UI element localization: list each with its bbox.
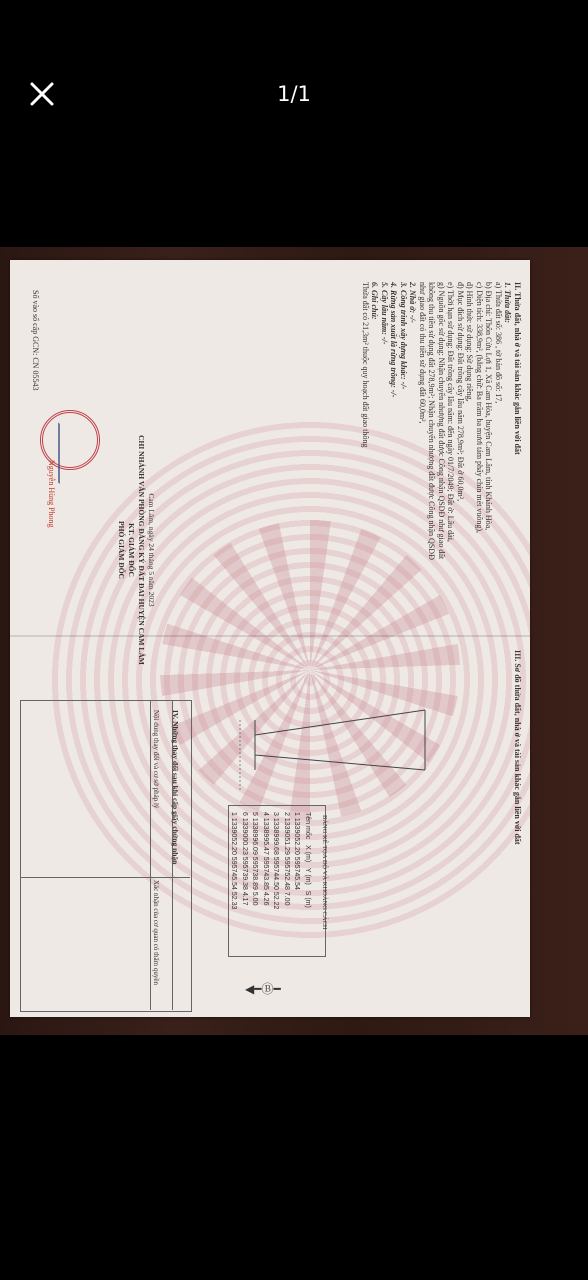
registry-number: Số vào sổ cấp GCN: CN 05543 xyxy=(31,290,40,390)
sign-role: KT. GIÁM ĐỐC xyxy=(126,420,136,680)
section-4-col-changes: Nội dung thay đổi và cơ sở pháp lý xyxy=(152,710,160,808)
land-line: đ) Mục đích sử dụng: Đất trồng cây lâu n… xyxy=(456,282,466,560)
item-line: 5. Cây lâu năm: -/- xyxy=(380,282,390,560)
sign-date: Cam Lâm, ngày 24 tháng 5 năm 2023 xyxy=(146,420,156,680)
table-row: 3 1338999.68 595744.50 52.22 xyxy=(270,812,281,909)
table-row: 6 1339000.23 595739.38 4.17 xyxy=(239,812,250,909)
section-4-divider xyxy=(150,700,151,1010)
section-4-table xyxy=(20,700,192,1012)
land-line: không thu tiền sử dụng đất 278,9m²; Nhận… xyxy=(427,282,437,560)
image-counter: 1/1 xyxy=(0,82,588,106)
coordinate-table-title: BẢNG KÊ TỌA ĐỘ VÀ KHOẢNG CÁCH xyxy=(321,815,328,930)
section-4-col-confirmation: Xác nhận của cơ quan có thẩm quyền xyxy=(152,880,160,985)
note-line: Thửa đất có 21,3m² thuộc quy hoạch đất g… xyxy=(361,282,371,560)
section-4-divider xyxy=(20,877,190,878)
section-2-subtitle: 1. Thửa đất: xyxy=(503,282,513,560)
land-line: b) Địa chỉ: Thôn Cửu Lợi 1, Xã Cam Hòa, … xyxy=(484,282,494,560)
sign-role: PHÓ GIÁM ĐỐC xyxy=(116,420,126,680)
table-row: Tên mốc X (m) Y (m) S (m) xyxy=(302,812,313,909)
table-row: 1 1339052.20 595745.54 xyxy=(291,812,302,909)
land-line: g) Nguồn gốc sử dụng: Nhận chuyển nhượng… xyxy=(437,282,447,560)
land-line: như giao đất có thu tiền sử dụng đất 60,… xyxy=(418,282,428,560)
section-4-title: IV. Những thay đổi sau khi cấp giấy chứn… xyxy=(171,710,180,864)
table-row: 1 1339052.20 595745.54 52.33 xyxy=(228,812,239,909)
land-line: e) Thời hạn sử dụng: Đất trồng cây lâu n… xyxy=(446,282,456,560)
section-3-title: III. Sơ đồ thửa đất, nhà ở và tài sản kh… xyxy=(513,650,522,845)
item-line: 3. Công trình xây dựng khác: -/- xyxy=(399,282,409,560)
coordinate-table: Tên mốc X (m) Y (m) S (m) 1 1339052.20 5… xyxy=(228,812,312,909)
parcel-diagram xyxy=(225,680,455,820)
sign-agency: CHI NHÁNH VĂN PHÒNG ĐĂNG KÝ ĐẤT ĐAI HUYỆ… xyxy=(136,420,146,680)
land-line: d) Hình thức sử dụng: Sử dụng riêng, xyxy=(465,282,475,560)
land-line: c) Diện tích: 338,9m², (bằng chữ: Ba tră… xyxy=(475,282,485,560)
section-2-land-info: II. Thửa đất, nhà ở và tài sản khác gắn … xyxy=(361,282,523,560)
land-certificate-document: II. Thửa đất, nhà ở và tài sản khác gắn … xyxy=(10,260,530,1017)
table-row: 5 1338996.09 595738.89 5.00 xyxy=(249,812,260,909)
section-2-title: II. Thửa đất, nhà ở và tài sản khác gắn … xyxy=(513,282,523,560)
photo-image[interactable]: II. Thửa đất, nhà ở và tài sản khác gắn … xyxy=(0,247,588,1035)
item-line: 4. Rừng sản xuất là rừng trồng: -/- xyxy=(389,282,399,560)
signer-name: Nguyễn Hùng Phong xyxy=(47,460,56,528)
item-line: 6. Ghi chú: xyxy=(370,282,380,560)
signature-block: Cam Lâm, ngày 24 tháng 5 năm 2023 CHI NH… xyxy=(116,420,156,680)
table-row: 4 1338995.47 595743.85 4.26 xyxy=(260,812,271,909)
north-arrow-icon: ◀━Ⓑ━ xyxy=(245,980,275,992)
land-line: a) Thửa đất số: 386 , tờ bản đồ số: 17, xyxy=(494,282,504,560)
table-row: 2 1339051.29 595752.48 7.00 xyxy=(281,812,292,909)
paper-fold xyxy=(10,635,530,637)
item-line: 2. Nhà ở: -/- xyxy=(408,282,418,560)
